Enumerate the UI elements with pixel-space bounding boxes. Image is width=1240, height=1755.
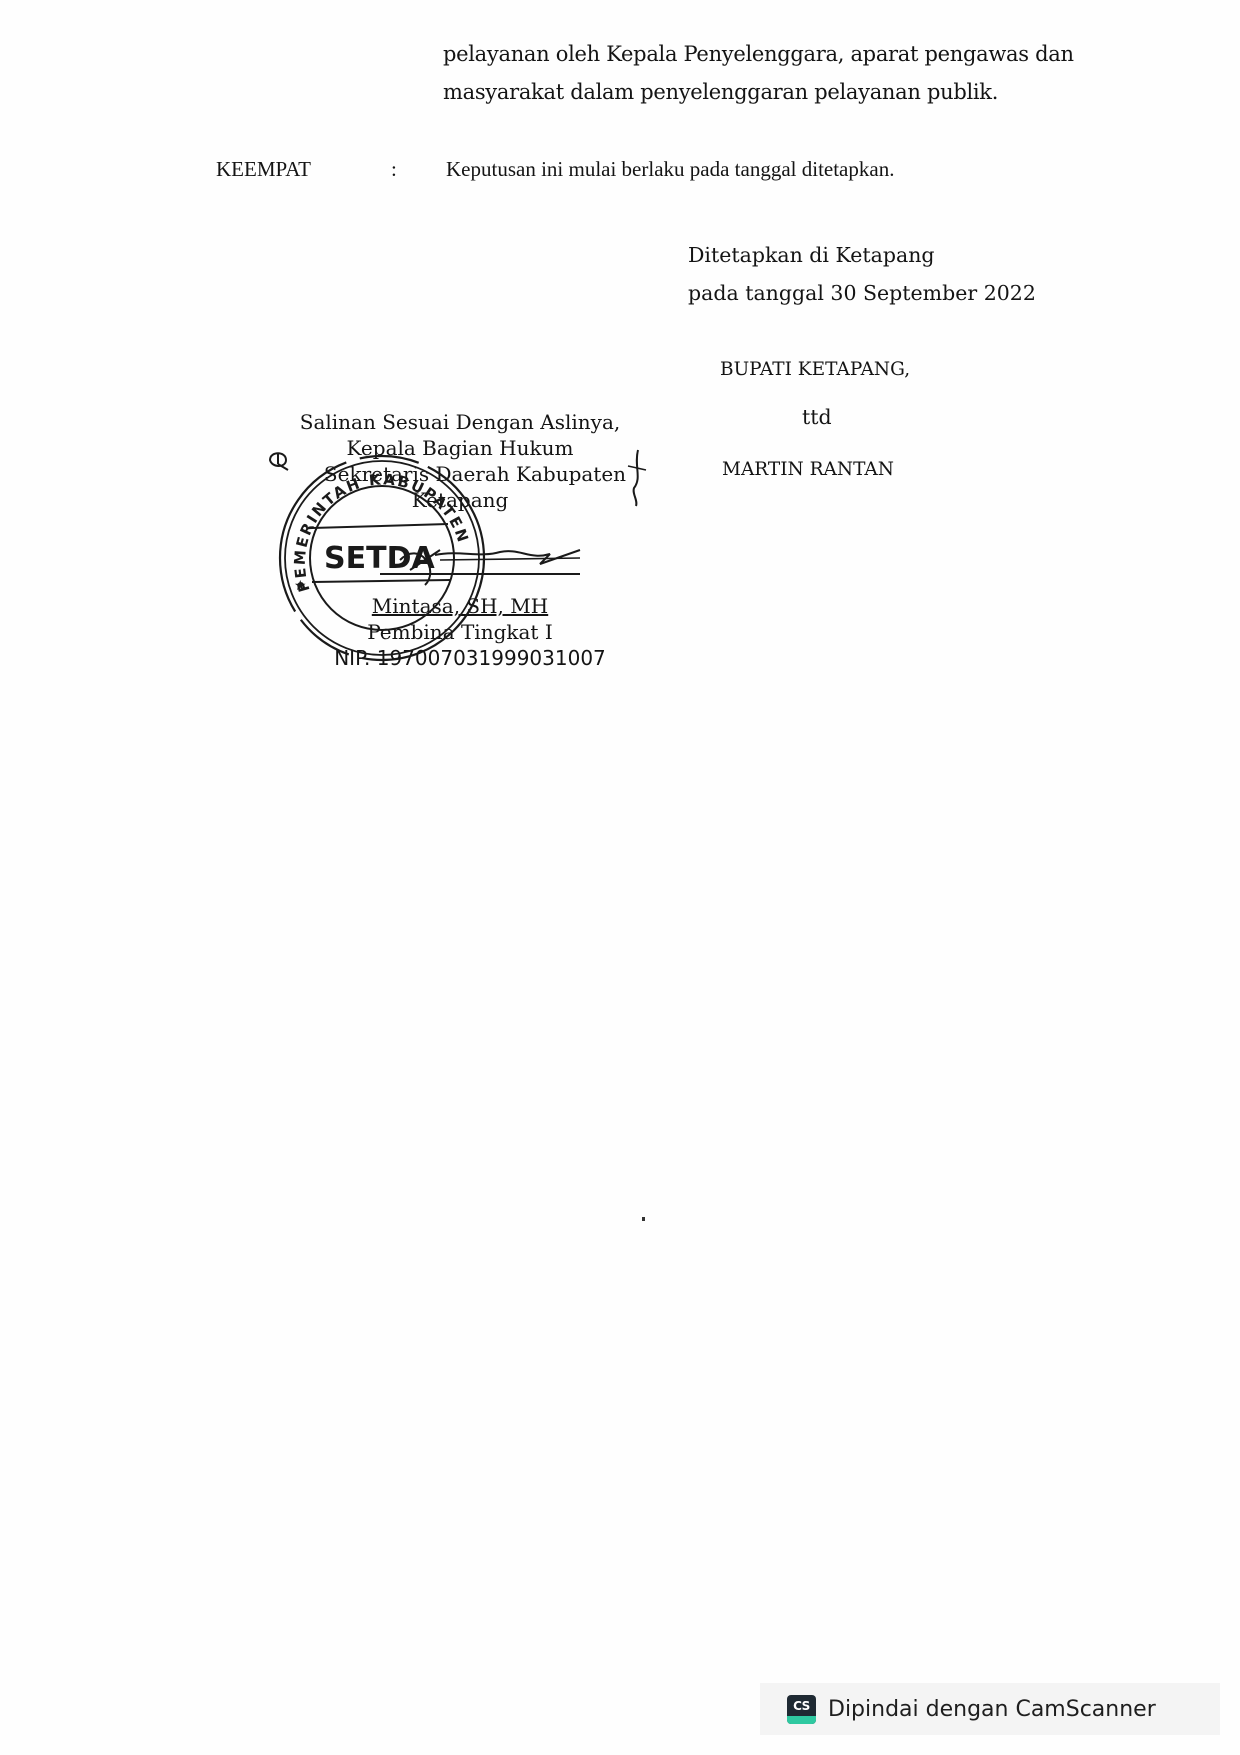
certified-copy-nip: NIP. 197007031999031007: [270, 646, 670, 670]
svg-text:★: ★: [294, 578, 307, 594]
stamp-center-text: SETDA: [324, 541, 435, 576]
scan-speck: [642, 1217, 645, 1221]
certified-copy-position-1: Kepala Bagian Hukum: [270, 436, 650, 460]
diktum-colon: :: [391, 157, 397, 182]
document-page: pelayanan oleh Kepala Penyelenggara, apa…: [0, 0, 1240, 1755]
camscanner-watermark: CS Dipindai dengan CamScanner: [760, 1683, 1220, 1735]
enactment-place: Ditetapkan di Ketapang: [688, 243, 935, 267]
paragraph-line-1: pelayanan oleh Kepala Penyelenggara, apa…: [443, 42, 1074, 66]
certified-copy-rank: Pembina Tingkat I: [270, 620, 650, 644]
enactment-date: pada tanggal 30 September 2022: [688, 281, 1036, 305]
certified-copy-name: Mintasa, SH, MH: [270, 594, 650, 618]
paragraph-line-2: masyarakat dalam penyelenggaran pelayana…: [443, 80, 998, 104]
certified-copy-heading: Salinan Sesuai Dengan Aslinya,: [270, 410, 650, 434]
certified-copy-position-3: Ketapang: [270, 488, 650, 512]
diktum-label: KEEMPAT: [216, 157, 311, 182]
camscanner-text: Dipindai dengan CamScanner: [828, 1697, 1156, 1722]
certified-copy-position-2: Sekretaris Daerah Kabupaten: [290, 462, 660, 486]
camscanner-logo-icon: CS: [787, 1695, 816, 1724]
handwritten-signature: [380, 530, 600, 600]
signature-note: ttd: [802, 405, 832, 429]
diktum-text: Keputusan ini mulai berlaku pada tanggal…: [446, 157, 894, 182]
official-title: BUPATI KETAPANG,: [720, 359, 910, 380]
leaf-mark-icon: [266, 448, 292, 472]
official-name: MARTIN RANTAN: [722, 459, 894, 480]
